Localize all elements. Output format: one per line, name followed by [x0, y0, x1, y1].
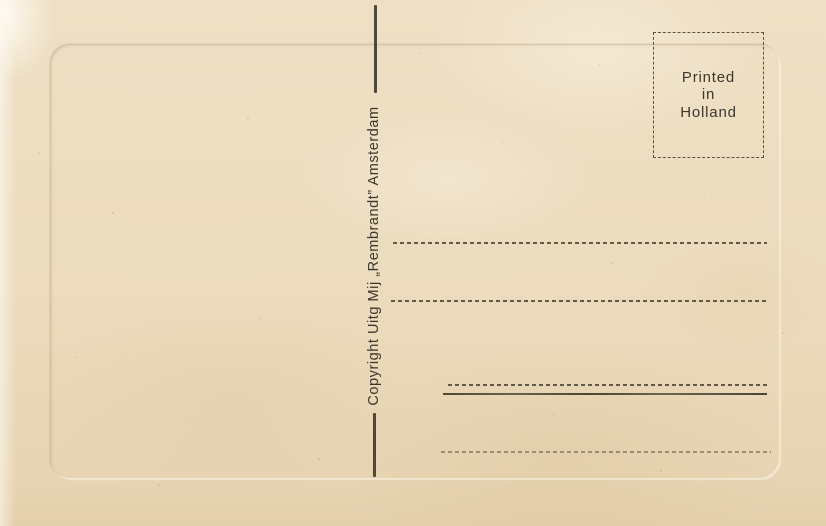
stamp-box-line: Printed	[682, 69, 735, 87]
stamp-box: Printed in Holland	[653, 32, 764, 158]
paper-speckles	[0, 0, 2, 2]
address-line-2	[391, 300, 767, 302]
copyright-text: Copyright Uitg Mij „Rembrandt” Amsterdam	[366, 106, 382, 405]
address-line-3-solid	[443, 393, 767, 395]
stamp-box-line: Holland	[680, 104, 736, 122]
address-line-1	[393, 242, 767, 244]
divider-line-top	[374, 5, 377, 93]
copyright-rotated-text: Copyright Uitg Mij „Rembrandt” Amsterdam	[365, 98, 385, 414]
address-line-4	[441, 451, 771, 453]
divider-line-bottom	[373, 413, 376, 477]
stamp-box-line: in	[702, 86, 715, 104]
address-line-3-dashed	[448, 384, 767, 386]
postcard-back: Printed in Holland Copyright Uitg Mij „R…	[0, 0, 826, 526]
